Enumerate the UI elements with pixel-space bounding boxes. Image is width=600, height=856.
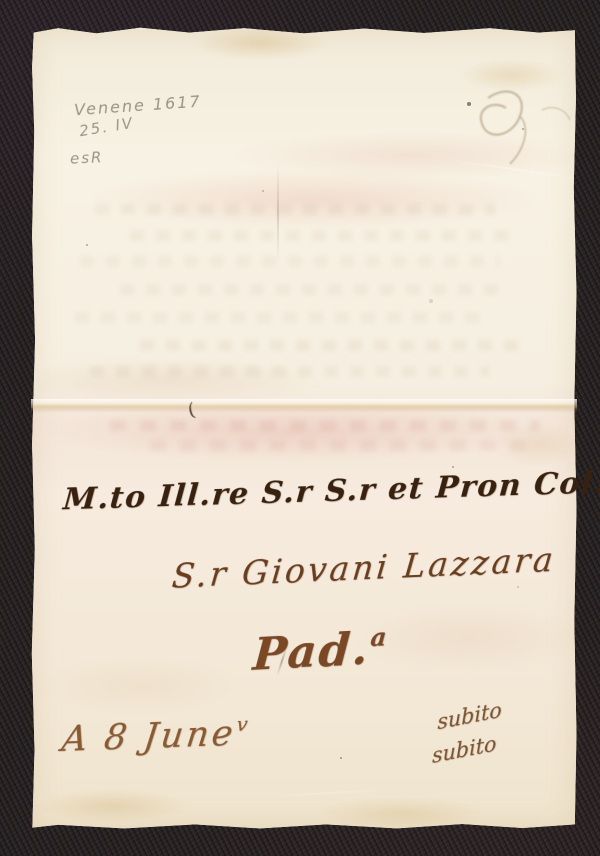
city-superscript: a	[370, 622, 388, 652]
ink-showthrough	[90, 366, 490, 377]
ink-showthrough	[75, 312, 485, 323]
ink-showthrough	[140, 340, 520, 351]
city-abbreviation: Pad.a	[251, 620, 388, 680]
city-base: Pad.	[251, 621, 371, 680]
ink-showthrough	[110, 420, 540, 431]
received-date-base: A 8 June	[60, 714, 238, 760]
foxing-specks	[0, 0, 2, 2]
ink-showthrough	[95, 204, 495, 215]
ink-flourish-mark	[450, 80, 580, 190]
ink-showthrough	[120, 284, 510, 295]
ink-showthrough	[80, 256, 500, 267]
ink-showthrough	[150, 440, 540, 451]
ink-showthrough	[130, 230, 510, 241]
received-date-superscript: v	[235, 713, 249, 736]
fold-crease	[31, 399, 577, 413]
pencil-annotation-initials: esR	[70, 148, 104, 168]
received-date: A 8 Junev	[60, 713, 249, 760]
urgency-note: subito subito	[437, 692, 503, 772]
photo-frame: Venene 1617 25. IV esR ( M.to Ill.re S.r…	[0, 0, 600, 856]
